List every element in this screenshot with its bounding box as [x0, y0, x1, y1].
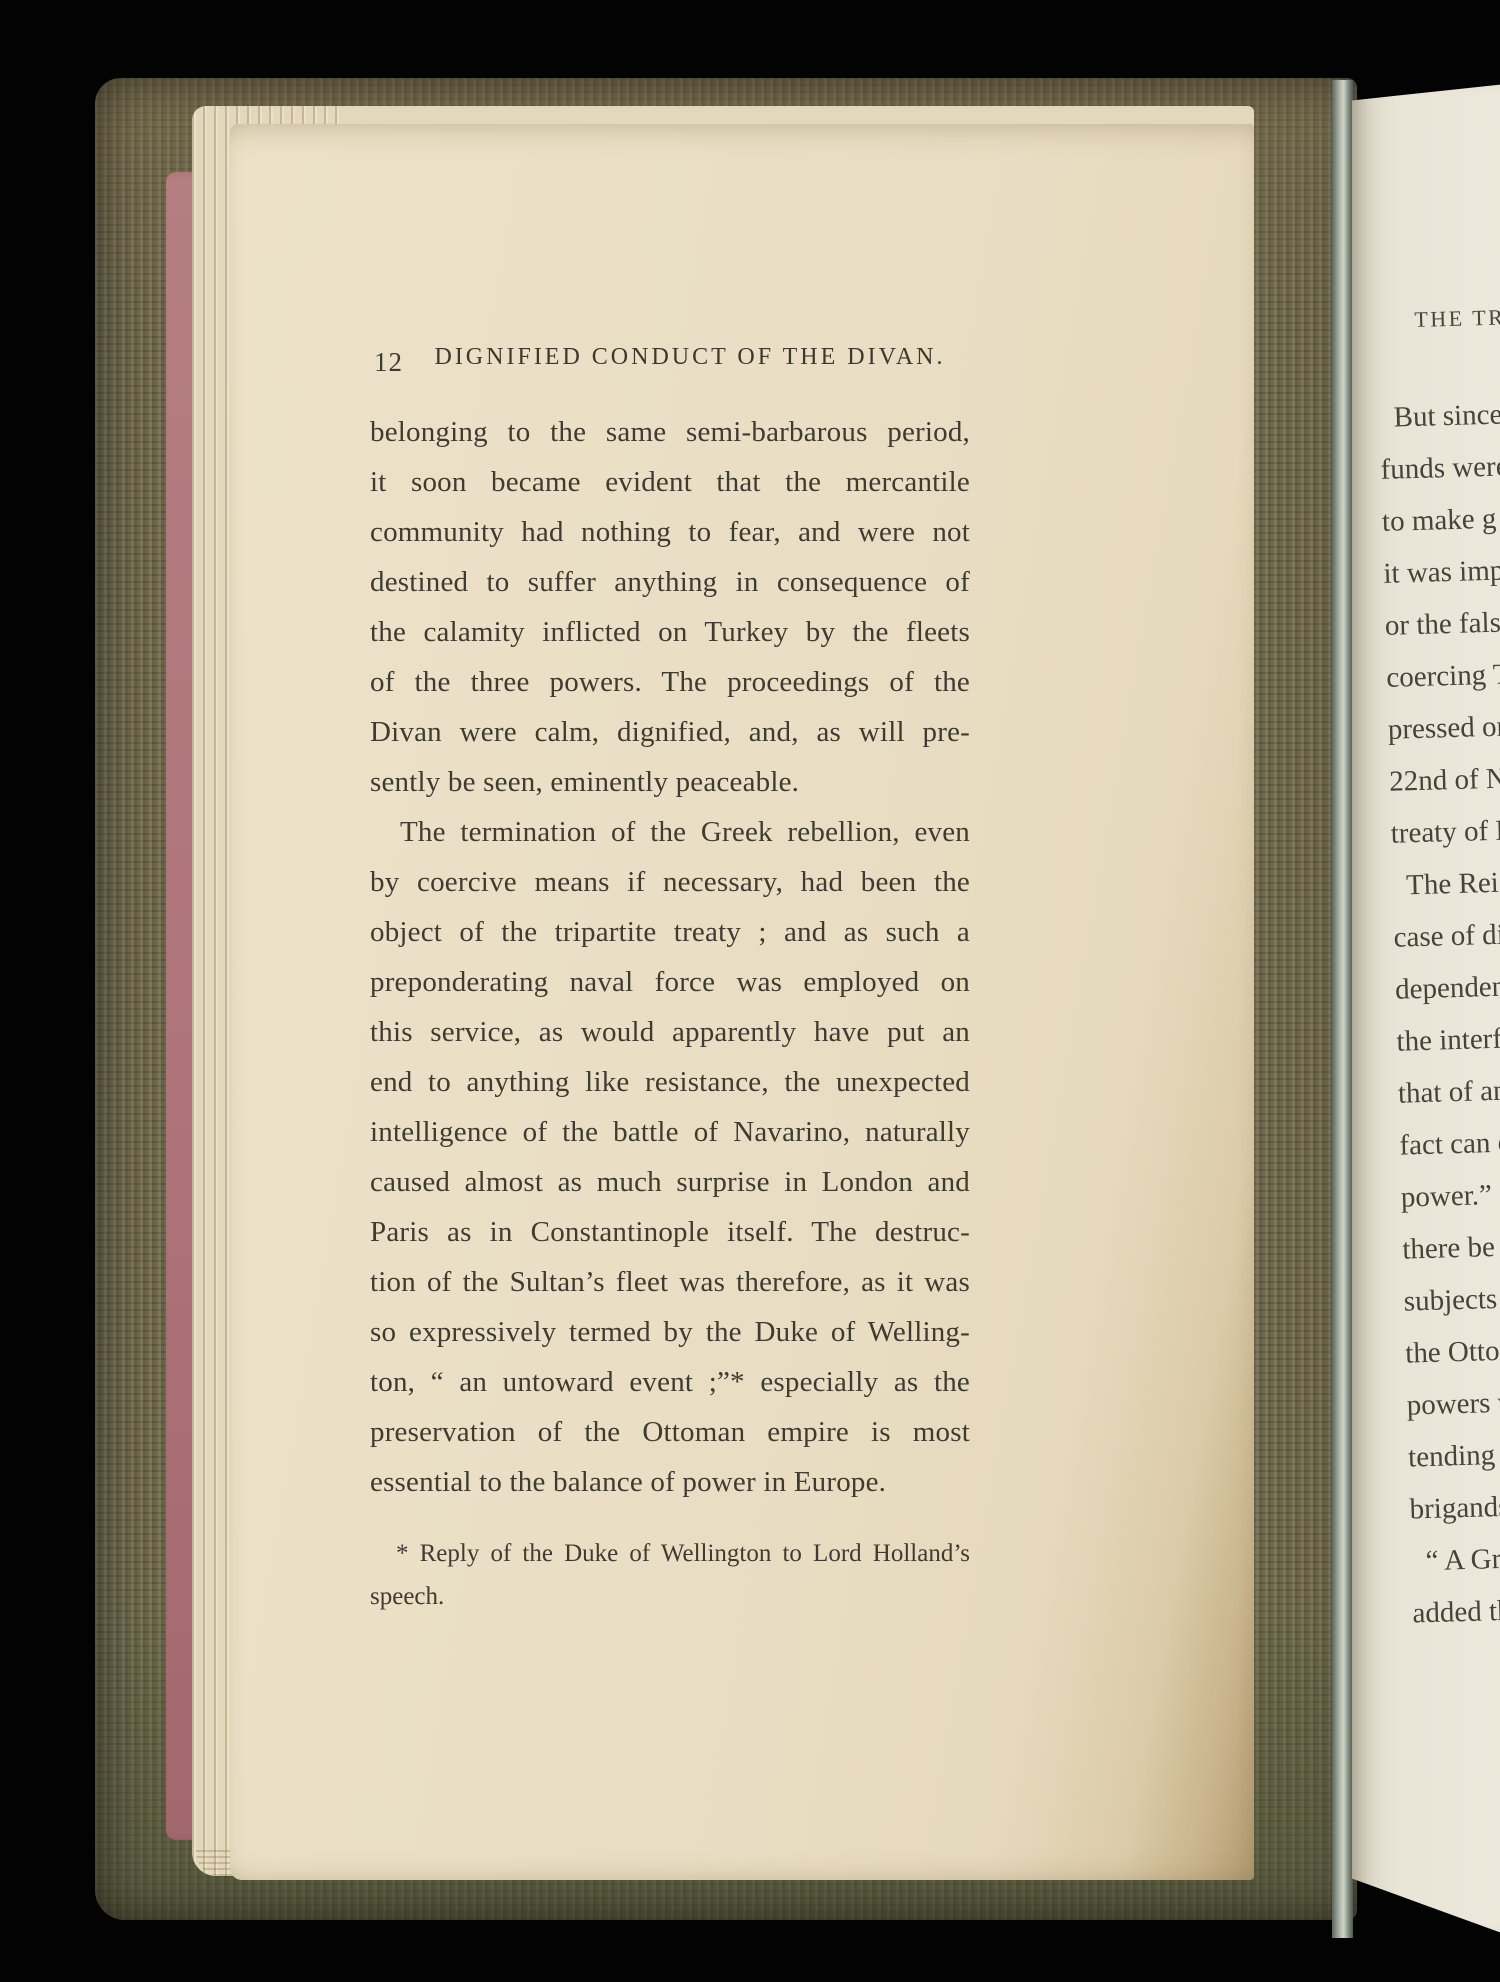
text-line-fragment: power.” “ [1400, 1163, 1500, 1223]
text-line-fragment: treaty of L [1390, 799, 1500, 859]
text-line: the calamity inflicted on Turkey by the … [370, 607, 970, 657]
text-line-fragment: the interfer [1396, 1007, 1500, 1067]
text-line: sently be seen, eminently peaceable. [370, 757, 970, 807]
text-line: by coercive means if necessary, had been… [370, 857, 970, 907]
text-line: Paris as in Constantinople itself. The d… [370, 1207, 970, 1257]
text-line: intelligence of the battle of Navarino, … [370, 1107, 970, 1157]
text-line-fragment: The Reis [1391, 851, 1500, 911]
text-line-fragment: coercing T [1386, 643, 1500, 703]
paragraph: * Reply of the Duke of Wellington to Lor… [370, 1532, 970, 1618]
page-number: 12 [374, 347, 403, 378]
text-line: ton, “ an untoward event ;”* especially … [370, 1357, 970, 1407]
running-header-row: 12 DIGNIFIED CONDUCT OF THE DIVAN. [370, 344, 970, 380]
text-line: end to anything like resistance, the une… [370, 1057, 970, 1107]
left-page-text: 12 DIGNIFIED CONDUCT OF THE DIVAN. belon… [370, 124, 970, 1880]
paragraph: belonging to the same semi-barbarous per… [370, 407, 970, 807]
text-line-fragment: 22nd of N [1389, 747, 1500, 807]
text-line-fragment: dependent p [1394, 955, 1500, 1015]
text-line-fragment: powers who [1406, 1371, 1500, 1431]
text-line: community had nothing to fear, and were … [370, 507, 970, 557]
text-line: of the three powers. The proceedings of … [370, 657, 970, 707]
right-running-header-fragment: THE TRE [1414, 298, 1500, 335]
text-line: * Reply of the Duke of Wellington to Lor… [370, 1532, 970, 1575]
left-page: 12 DIGNIFIED CONDUCT OF THE DIVAN. belon… [230, 124, 1254, 1880]
paragraph: The termination of the Greek rebellion, … [370, 807, 970, 1507]
text-line-fragment: added the R [1412, 1579, 1500, 1639]
text-line-fragment: case of diffe [1393, 903, 1500, 963]
text-line-fragment: tending to [1407, 1423, 1500, 1483]
text-line-fragment: the Ottoma [1405, 1319, 1500, 1379]
text-line-fragment: that of an a [1397, 1059, 1500, 1119]
text-line-fragment: But since [1378, 384, 1500, 444]
text-line-fragment: or the fals [1384, 592, 1500, 652]
text-line: caused almost as much surprise in London… [370, 1157, 970, 1207]
gutter-glass-edge [1332, 80, 1353, 1938]
text-line: preponderating naval force was employed … [370, 957, 970, 1007]
text-line: object of the tripartite treaty ; and as… [370, 907, 970, 957]
text-line: Divan were calm, dignified, and, as will… [370, 707, 970, 757]
running-header: DIGNIFIED CONDUCT OF THE DIVAN. [410, 344, 970, 371]
text-line-fragment: subjects wh [1403, 1267, 1500, 1327]
text-line-fragment: fact can on [1399, 1111, 1500, 1171]
text-line-fragment: there be a [1402, 1215, 1500, 1275]
text-line: it soon became evident that the mercanti… [370, 457, 970, 507]
text-line: essential to the balance of power in Eur… [370, 1457, 970, 1507]
text-line-fragment: “ A Greek [1410, 1527, 1500, 1587]
text-line: this service, as would apparently have p… [370, 1007, 970, 1057]
text-line-fragment: funds were [1380, 436, 1500, 496]
scanned-book-photo: 12 DIGNIFIED CONDUCT OF THE DIVAN. belon… [0, 0, 1500, 1982]
footnote: * Reply of the Duke of Wellington to Lor… [370, 1532, 970, 1618]
text-line-fragment: it was imp [1383, 540, 1500, 600]
text-line-fragment: brigands ?” [1409, 1475, 1500, 1535]
right-page-partial: THE TRE But sincefunds wereto make git w… [1352, 80, 1500, 1938]
body-text: belonging to the same semi-barbarous per… [370, 407, 970, 1507]
text-line: so expressively termed by the Duke of We… [370, 1307, 970, 1357]
text-line: tion of the Sultan’s fleet was therefore… [370, 1257, 970, 1307]
right-page-fragments: But sincefunds wereto make git was impor… [1378, 384, 1500, 1640]
text-line-fragment: pressed on [1387, 695, 1500, 755]
text-line: speech. [370, 1575, 970, 1618]
text-line: belonging to the same semi-barbarous per… [370, 407, 970, 457]
text-line: destined to suffer anything in consequen… [370, 557, 970, 607]
text-line: preservation of the Ottoman empire is mo… [370, 1407, 970, 1457]
text-line: The termination of the Greek rebellion, … [370, 807, 970, 857]
right-page-text: THE TRE But sincefunds wereto make git w… [1376, 298, 1500, 1640]
text-line-fragment: to make g [1381, 488, 1500, 548]
